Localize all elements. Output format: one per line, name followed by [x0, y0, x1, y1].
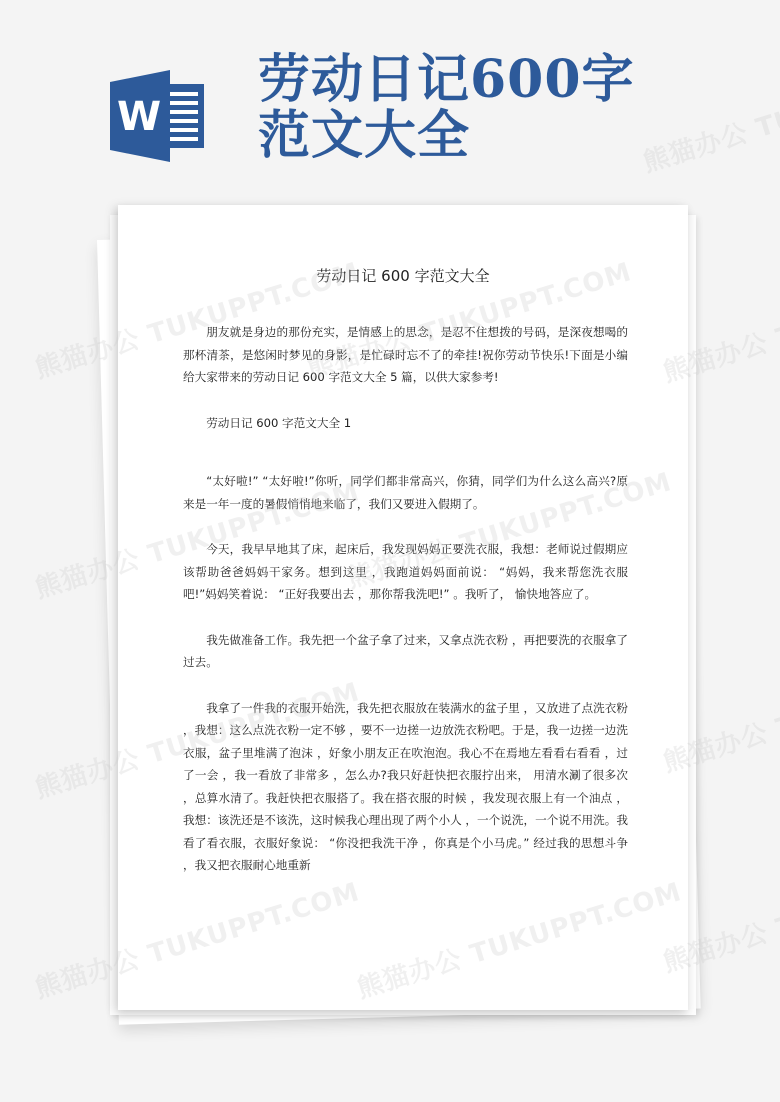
body-paragraph: “太好啦!” “太好啦!”你听，同学们都非常高兴，你猜，同学们为什么这么高兴?原… [183, 470, 628, 515]
section-heading: 劳动日记 600 字范文大全 1 [183, 412, 628, 435]
watermark: 熊猫办公 TU [638, 98, 780, 180]
document-title: 劳动日记 600 字范文大全 [118, 265, 688, 286]
hero-title: 劳动日记600字 范文大全 [258, 52, 635, 164]
word-document-icon: W [108, 68, 208, 164]
svg-text:W: W [117, 94, 161, 140]
document-page: 劳动日记 600 字范文大全 朋友就是身边的那份充实，是情感上的思念，是忍不住想… [118, 205, 688, 1010]
body-paragraph: 今天，我早早地其了床，起床后，我发现妈妈正要洗衣服，我想：老师说过假期应该帮助爸… [183, 538, 628, 606]
document-body: 朋友就是身边的那份充实，是情感上的思念，是忍不住想拨的号码，是深夜想喝的那杯清茶… [183, 321, 628, 900]
body-paragraph: 我先做准备工作。我先把一个盆子拿了过来，又拿点洗衣粉 ，再把要洗的衣服拿了过去。 [183, 629, 628, 674]
intro-paragraph: 朋友就是身边的那份充实，是情感上的思念，是忍不住想拨的号码，是深夜想喝的那杯清茶… [183, 321, 628, 389]
hero-title-line-1: 劳动日记600字 [258, 52, 635, 108]
body-paragraph: 我拿了一件我的衣服开始洗，我先把衣服放在装满水的盆子里 ，又放进了点洗衣粉 ，我… [183, 697, 628, 877]
hero-title-line-2: 范文大全 [258, 108, 635, 164]
